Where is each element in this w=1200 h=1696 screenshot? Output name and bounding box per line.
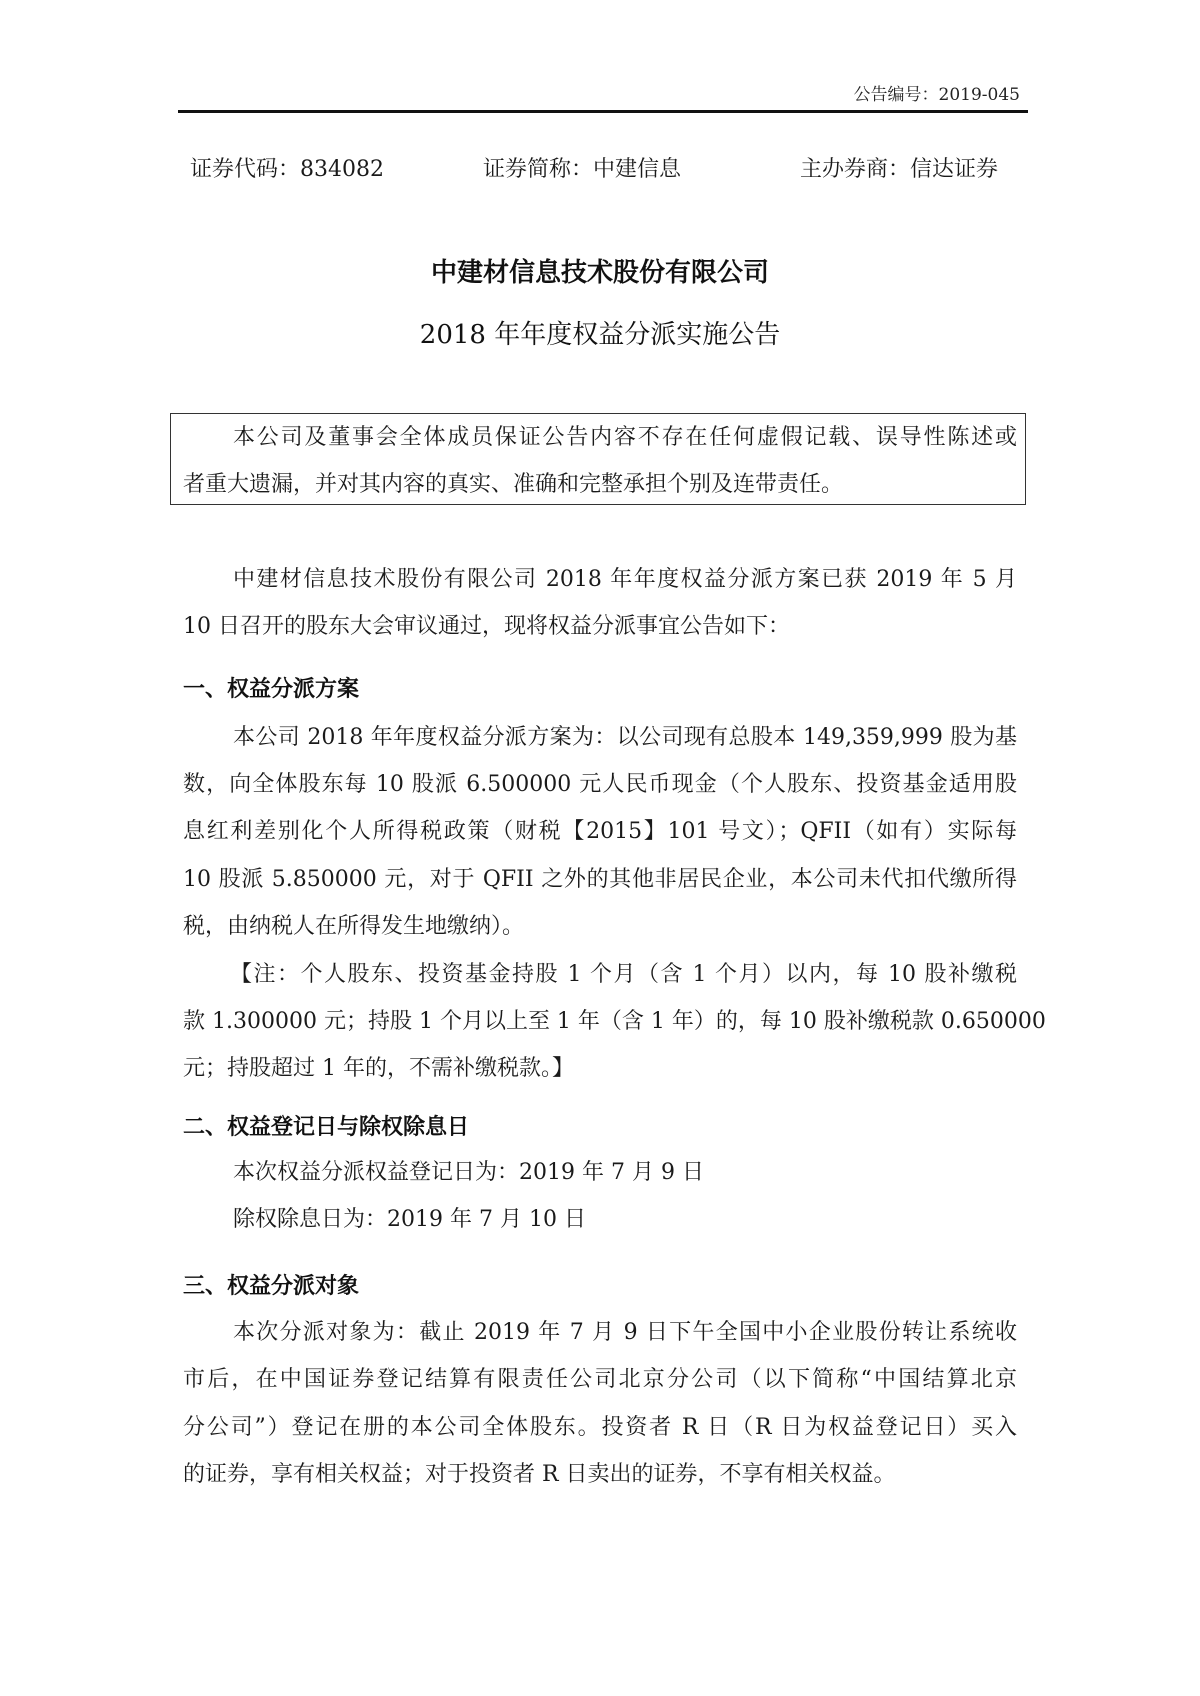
tax-note-line: 元；持股超过 1 年的，不需补缴税款。】 xyxy=(183,1054,1017,1084)
company-title: 中建材信息技术股份有限公司 xyxy=(0,256,1200,290)
statement-line: 本公司及董事会全体成员保证公告内容不存在任何虚假记载、误导性陈述或 xyxy=(233,423,1017,453)
section-1-line: 10 股派 5.850000 元，对于 QFII 之外的其他非居民企业，本公司未… xyxy=(183,865,1017,895)
ex-dividend-date-line: 除权除息日为：2019 年 7 月 10 日 xyxy=(233,1205,1017,1235)
tax-note-line: 【注：个人股东、投资基金持股 1 个月（含 1 个月）以内，每 10 股补缴税 xyxy=(230,960,1017,990)
sponsor-broker: 主办券商：信达证券 xyxy=(800,155,998,185)
section-heading-record-date: 二、权益登记日与除权除息日 xyxy=(183,1113,469,1143)
section-1-line: 数，向全体股东每 10 股派 6.500000 元人民币现金（个人股东、投资基金… xyxy=(183,770,1017,800)
statement-line: 者重大遗漏，并对其内容的真实、准确和完整承担个别及连带责任。 xyxy=(183,470,1017,500)
announcement-number: 公告编号：2019-045 xyxy=(854,84,1020,106)
record-date-line: 本次权益分派权益登记日为：2019 年 7 月 9 日 xyxy=(233,1158,1017,1188)
header-divider xyxy=(178,110,1028,113)
section-heading-distribution-target: 三、权益分派对象 xyxy=(183,1272,359,1302)
announcement-title: 2018 年年度权益分派实施公告 xyxy=(0,318,1200,352)
section-3-line: 的证券，享有相关权益；对于投资者 R 日卖出的证券，不享有相关权益。 xyxy=(183,1460,1017,1490)
section-3-line: 市后，在中国证券登记结算有限责任公司北京分公司（以下简称“中国结算北京 xyxy=(183,1365,1017,1395)
section-1-line: 息红利差别化个人所得税政策（财税【2015】101 号文）；QFII（如有）实际… xyxy=(183,817,1017,847)
intro-line: 10 日召开的股东大会审议通过，现将权益分派事宜公告如下： xyxy=(183,612,1017,642)
section-1-line: 本公司 2018 年年度权益分派方案为：以公司现有总股本 149,359,999… xyxy=(233,723,1017,753)
section-heading-distribution-plan: 一、权益分派方案 xyxy=(183,675,359,705)
section-3-line: 分公司”）登记在册的本公司全体股东。投资者 R 日（R 日为权益登记日）买入 xyxy=(183,1413,1017,1443)
section-1-line: 税，由纳税人在所得发生地缴纳）。 xyxy=(183,912,1017,942)
intro-line: 中建材信息技术股份有限公司 2018 年年度权益分派方案已获 2019 年 5 … xyxy=(233,565,1017,595)
section-3-line: 本次分派对象为：截止 2019 年 7 月 9 日下午全国中小企业股份转让系统收 xyxy=(233,1318,1017,1348)
security-short-name: 证券简称：中建信息 xyxy=(483,155,681,185)
tax-note-line: 款 1.300000 元；持股 1 个月以上至 1 年（含 1 年）的，每 10… xyxy=(183,1007,1017,1037)
security-code: 证券代码：834082 xyxy=(190,155,384,185)
